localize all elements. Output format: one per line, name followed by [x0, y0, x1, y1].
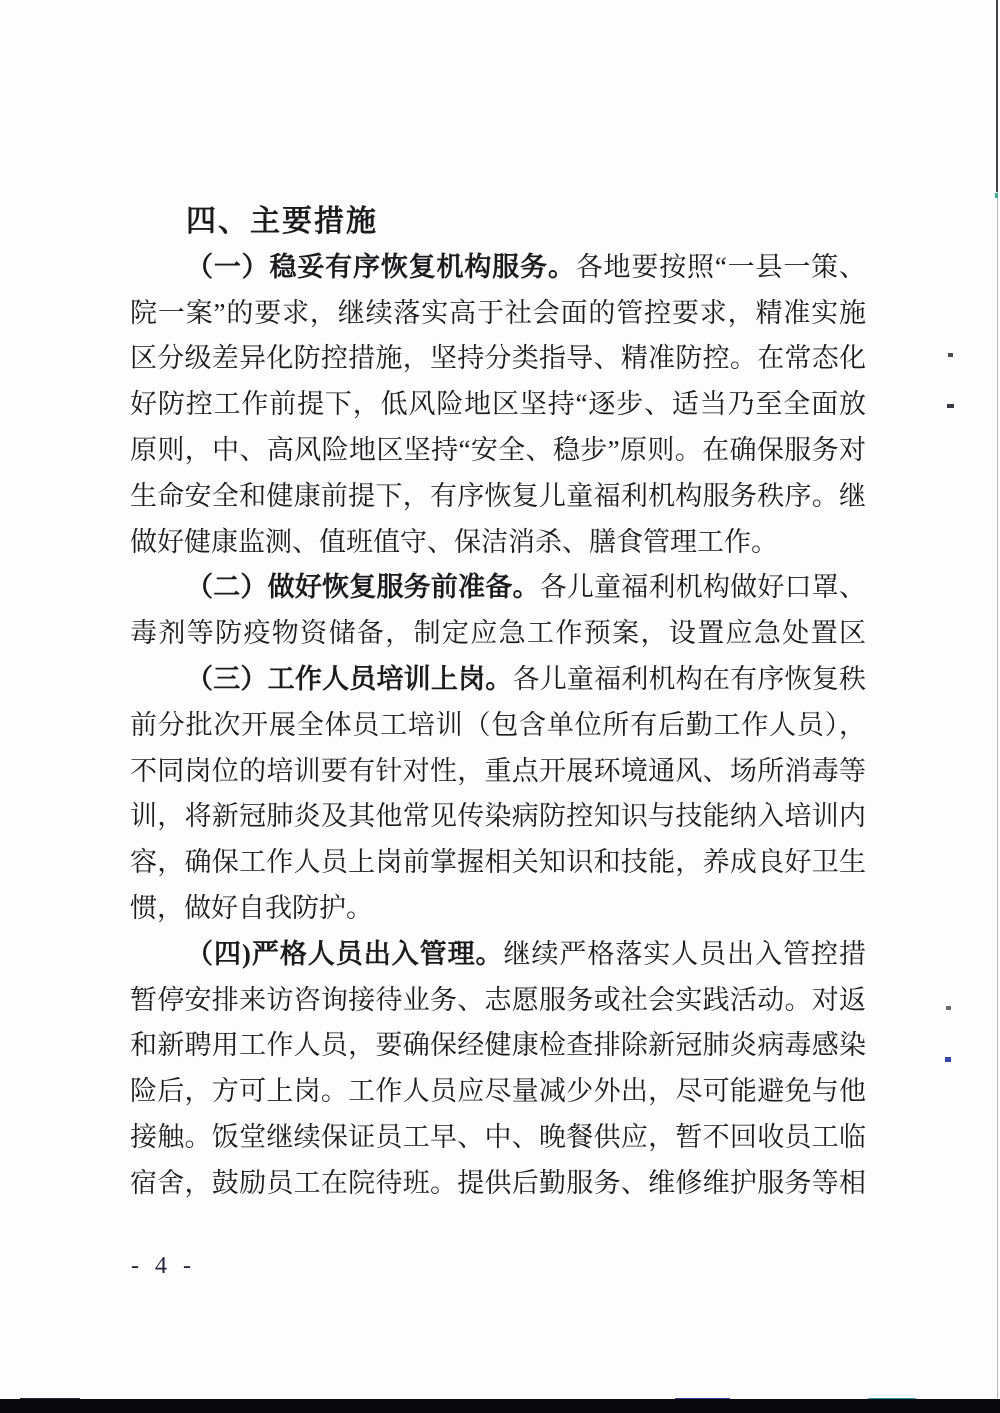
- text-line-content: 和新聘用工作人员，要确保经健康检查排除新冠肺炎病毒感染风: [130, 1030, 866, 1069]
- text-line-content: 惯，做好自我防护。: [130, 893, 373, 923]
- text-line: 暂停安排来访咨询接待业务、志愿服务或社会实践活动。对返岗: [130, 978, 866, 1024]
- text-line: 院一案”的要求，继续落实高于社会面的管控要求，精准实施分: [130, 291, 866, 337]
- text-line: （二）做好恢复服务前准备。各儿童福利机构做好口罩、消: [130, 565, 866, 611]
- text-line-content: 不同岗位的培训要有针对性，重点开展环境通风、场所消毒等培: [130, 756, 866, 795]
- text-line-content: 前分批次开展全体员工培训（包含单位所有后勤工作人员），对: [130, 710, 866, 749]
- text-line-content: 宿舍，鼓励员工在院待班。提供后勤服务、维修维护服务等相对: [130, 1168, 866, 1207]
- text-line: 好防控工作前提下，低风险地区坚持“逐步、适当乃至全面放开”: [130, 382, 866, 428]
- text-line: 训，将新冠肺炎及其他常见传染病防控知识与技能纳入培训内: [130, 794, 866, 840]
- text-line-content: 接触。饭堂继续保证员工早、中、晚餐供应，暂不回收员工临时: [130, 1122, 866, 1161]
- paragraph-lead: （一）稳妥有序恢复机构服务。: [186, 252, 576, 282]
- text-line-content: 险后，方可上岗。工作人员应尽量减少外出，尽可能避免与他人: [130, 1076, 866, 1115]
- text-line: 原则，中、高风险地区坚持“安全、稳步”原则。在确保服务对象: [130, 428, 866, 474]
- text-line: 毒剂等防疫物资储备，制定应急工作预案，设置应急处置区域。: [130, 611, 866, 657]
- scan-edge-line: [996, 0, 998, 192]
- page-number: - 4 -: [131, 1253, 196, 1280]
- section-heading: 四、主要措施: [130, 199, 866, 245]
- text-line: 生命安全和健康前提下，有序恢复儿童福利机构服务秩序。继续: [130, 474, 866, 520]
- paragraph-lead: （四)严格人员出入管理。: [186, 939, 504, 969]
- text-line-content: 暂停安排来访咨询接待业务、志愿服务或社会实践活动。对返岗: [130, 985, 866, 1024]
- paragraph-lead: （三）工作人员培训上岗。: [186, 664, 513, 694]
- text-line-content: 原则，中、高风险地区坚持“安全、稳步”原则。在确保服务对象: [130, 435, 866, 474]
- text-line: 接触。饭堂继续保证员工早、中、晚餐供应，暂不回收员工临时: [130, 1115, 866, 1161]
- text-line: 做好健康监测、值班值守、保洁消杀、膳食管理工作。: [130, 520, 866, 566]
- scan-artifact: [947, 404, 954, 408]
- text-line-content: 做好健康监测、值班值守、保洁消杀、膳食管理工作。: [130, 527, 778, 557]
- text-line: （一）稳妥有序恢复机构服务。各地要按照“一县一策、一: [130, 245, 866, 291]
- scan-artifact: [995, 193, 998, 198]
- text-line-content: 容，确保工作人员上岗前掌握相关知识和技能，养成良好卫生习: [130, 847, 866, 886]
- text-line: 不同岗位的培训要有针对性，重点开展环境通风、场所消毒等培: [130, 749, 866, 795]
- text-line-content: 院一案”的要求，继续落实高于社会面的管控要求，精准实施分: [130, 298, 866, 337]
- text-line-content: 训，将新冠肺炎及其他常见传染病防控知识与技能纳入培训内: [130, 801, 866, 831]
- text-line: 险后，方可上岗。工作人员应尽量减少外出，尽可能避免与他人: [130, 1069, 866, 1115]
- scanned-document-page: 四、主要措施 （一）稳妥有序恢复机构服务。各地要按照“一县一策、一 院一案”的要…: [0, 0, 1000, 1413]
- text-line: 和新聘用工作人员，要确保经健康检查排除新冠肺炎病毒感染风: [130, 1023, 866, 1069]
- text-line-content: 区分级差异化防控措施，坚持分类指导、精准防控。在常态化做: [130, 343, 866, 382]
- text-line: 前分批次开展全体员工培训（包含单位所有后勤工作人员），对: [130, 703, 866, 749]
- text-line-content: 毒剂等防疫物资储备，制定应急工作预案，设置应急处置区域。: [130, 618, 866, 657]
- paragraph-lead: （二）做好恢复服务前准备。: [186, 572, 540, 602]
- scan-artifact: [945, 1057, 951, 1062]
- text-line-content: 生命安全和健康前提下，有序恢复儿童福利机构服务秩序。继续: [130, 481, 866, 520]
- scan-edge-line: [997, 192, 998, 1400]
- text-line-content: 好防控工作前提下，低风险地区坚持“逐步、适当乃至全面放开”: [130, 389, 866, 428]
- scan-edge-bar: [0, 1399, 1000, 1413]
- text-line: 区分级差异化防控措施，坚持分类指导、精准防控。在常态化做: [130, 336, 866, 382]
- text-line: （三）工作人员培训上岗。各儿童福利机构在有序恢复秩序: [130, 657, 866, 703]
- scan-artifact: [948, 353, 953, 357]
- document-body: 四、主要措施 （一）稳妥有序恢复机构服务。各地要按照“一县一策、一 院一案”的要…: [130, 199, 866, 1207]
- text-line: 容，确保工作人员上岗前掌握相关知识和技能，养成良好卫生习: [130, 840, 866, 886]
- text-line: （四)严格人员出入管理。继续严格落实人员出入管控措施，: [130, 932, 866, 978]
- scan-artifact: [946, 1006, 951, 1010]
- text-line: 惯，做好自我防护。: [130, 886, 866, 932]
- text-line: 宿舍，鼓励员工在院待班。提供后勤服务、维修维护服务等相对: [130, 1161, 866, 1207]
